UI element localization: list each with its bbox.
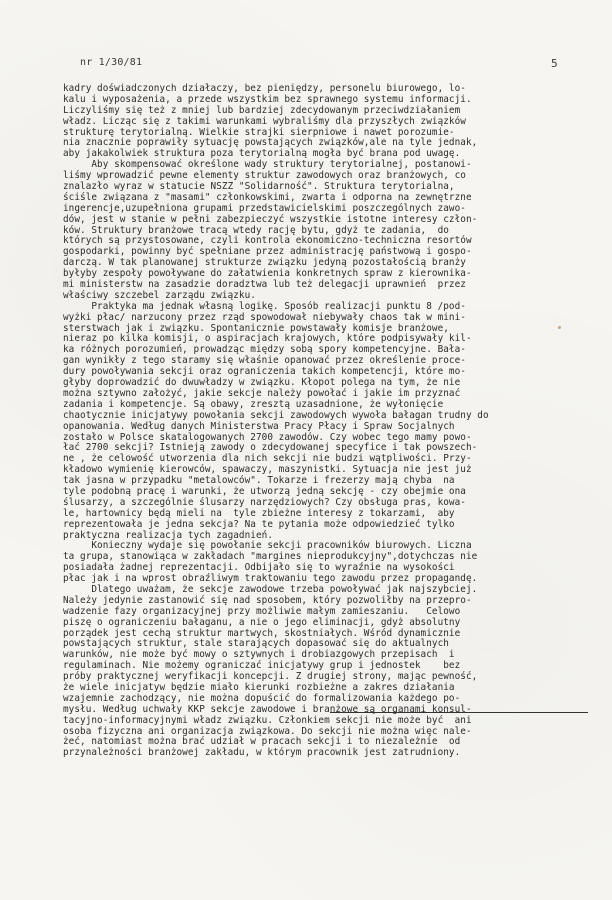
document-number: nr 1/30/81: [80, 57, 142, 68]
page-mark: 5: [551, 57, 558, 70]
text-line: tacyjno-informacyjnymi władz związku. Cz…: [63, 716, 583, 727]
text-line: chaotycznie inicjatywy powołania sekcji …: [63, 411, 583, 422]
text-line: piszę o ograniczeniu bałaganu, a nie o j…: [63, 618, 583, 629]
document-page: nr 1/30/81 5 kadry doświadczonych działa…: [0, 0, 612, 900]
text-line: wyżki płac/ narzucony przez rząd spowodo…: [63, 313, 583, 324]
horizontal-rule: [330, 712, 588, 713]
text-line: wadzenie fazy organizacyjnej przy możliw…: [63, 607, 583, 618]
text-line: przynależności branżowej zakładu, w któr…: [63, 748, 583, 759]
text-line: władz. Licząc się z takimi warunkami wyb…: [63, 117, 583, 128]
text-line: le, hartownicy będą mieli na tyle zbieżn…: [63, 509, 583, 520]
text-line: reprezentowała je jedna sekcja? Na te py…: [63, 520, 583, 531]
typewritten-body: kadry doświadczonych działaczy, bez pien…: [63, 84, 583, 759]
paper-stain: [558, 326, 561, 329]
text-line: dów, jest w stanie w pełni zabezpieczyć …: [63, 215, 583, 226]
text-line: opanowania. Według danych Ministerstwa P…: [63, 422, 583, 433]
